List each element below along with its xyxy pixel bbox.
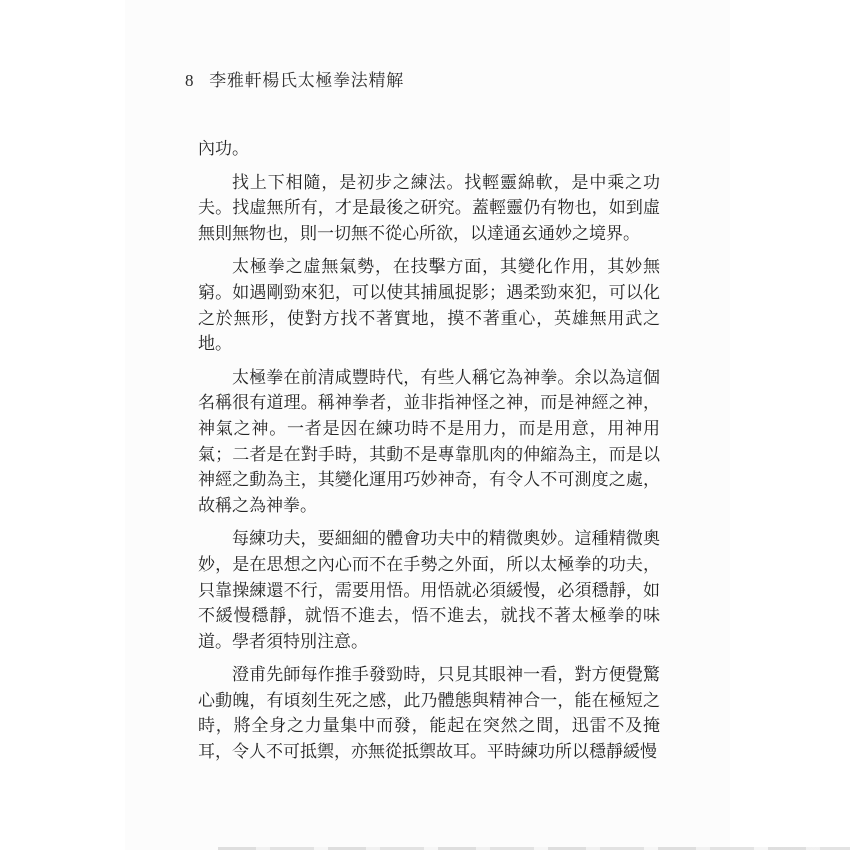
text-line: 窮。如遇剛勁來犯，可以使其捕風捉影；遇柔勁來犯，可以化 (198, 280, 660, 306)
text-line: 太極拳之虛無氣勢，在技擊方面，其變化作用，其妙無 (198, 254, 660, 280)
text-line: 只靠操練還不行，需要用悟。用悟就必須緩慢，必須穩靜，如 (198, 578, 660, 604)
text-line: 無則無物也，則一切無不從心所欲，以達通玄通妙之境界。 (198, 221, 660, 247)
text-line: 道。學者須特別注意。 (198, 629, 660, 655)
text-line: 妙，是在思想之內心而不在手勢之外面，所以太極拳的功夫， (198, 552, 660, 578)
text-line: 神經之動為主，其變化運用巧妙神奇，有令人不可測度之處， (198, 467, 660, 493)
book-page-scan: 8 李雅軒楊氏太極拳法精解 內功。找上下相隨，是初步之練法。找輕靈綿軟，是中乘之… (0, 0, 850, 850)
text-line: 氣；二者是在對手時，其動不是專靠肌肉的伸縮為主，而是以 (198, 442, 660, 468)
text-line: 名稱很有道理。稱神拳者，並非指神怪之神，而是神經之神， (198, 390, 660, 416)
text-line: 不緩慢穩靜，就悟不進去，悟不進去，就找不著太極拳的味 (198, 603, 660, 629)
text-line: 找上下相隨，是初步之練法。找輕靈綿軟，是中乘之功 (198, 170, 660, 196)
paragraph: 內功。 (198, 136, 660, 162)
paragraph: 澄甫先師每作推手發勁時，只見其眼神一看，對方便覺驚心動魄，有頃刻生死之感，此乃體… (198, 662, 660, 764)
paragraph: 找上下相隨，是初步之練法。找輕靈綿軟，是中乘之功夫。找虛無所有，才是最後之研究。… (198, 170, 660, 247)
page-number: 8 (185, 71, 194, 91)
book-title: 李雅軒楊氏太極拳法精解 (209, 71, 404, 91)
text-line: 耳，令人不可抵禦，亦無從抵禦故耳。平時練功所以穩靜緩慢 (198, 739, 660, 765)
text-line: 神氣之神。一者是因在練功時不是用力，而是用意，用神用 (198, 416, 660, 442)
paragraph: 每練功夫，要細細的體會功夫中的精微奧妙。這種精微奧妙，是在思想之內心而不在手勢之… (198, 526, 660, 654)
text-line: 故稱之為神拳。 (198, 493, 660, 519)
text-line: 心動魄，有頃刻生死之感，此乃體態與精神合一，能在極短之 (198, 688, 660, 714)
text-line: 澄甫先師每作推手發勁時，只見其眼神一看，對方便覺驚 (198, 662, 660, 688)
body-text: 內功。找上下相隨，是初步之練法。找輕靈綿軟，是中乘之功夫。找虛無所有，才是最後之… (198, 136, 660, 765)
text-line: 每練功夫，要細細的體會功夫中的精微奧妙。這種精微奧 (198, 526, 660, 552)
text-line: 太極拳在前清咸豐時代，有些人稱它為神拳。余以為這個 (198, 365, 660, 391)
running-header: 8 李雅軒楊氏太極拳法精解 (185, 71, 404, 91)
paragraph: 太極拳之虛無氣勢，在技擊方面，其變化作用，其妙無窮。如遇剛勁來犯，可以使其捕風捉… (198, 254, 660, 356)
text-line: 地。 (198, 331, 660, 357)
text-line: 內功。 (198, 136, 660, 162)
text-line: 之於無形，使對方找不著實地，摸不著重心，英雄無用武之 (198, 306, 660, 332)
text-line: 夫。找虛無所有，才是最後之研究。蓋輕靈仍有物也，如到虛 (198, 195, 660, 221)
paragraph: 太極拳在前清咸豐時代，有些人稱它為神拳。余以為這個名稱很有道理。稱神拳者，並非指… (198, 365, 660, 519)
text-line: 時，將全身之力量集中而發，能起在突然之間，迅雷不及掩 (198, 713, 660, 739)
